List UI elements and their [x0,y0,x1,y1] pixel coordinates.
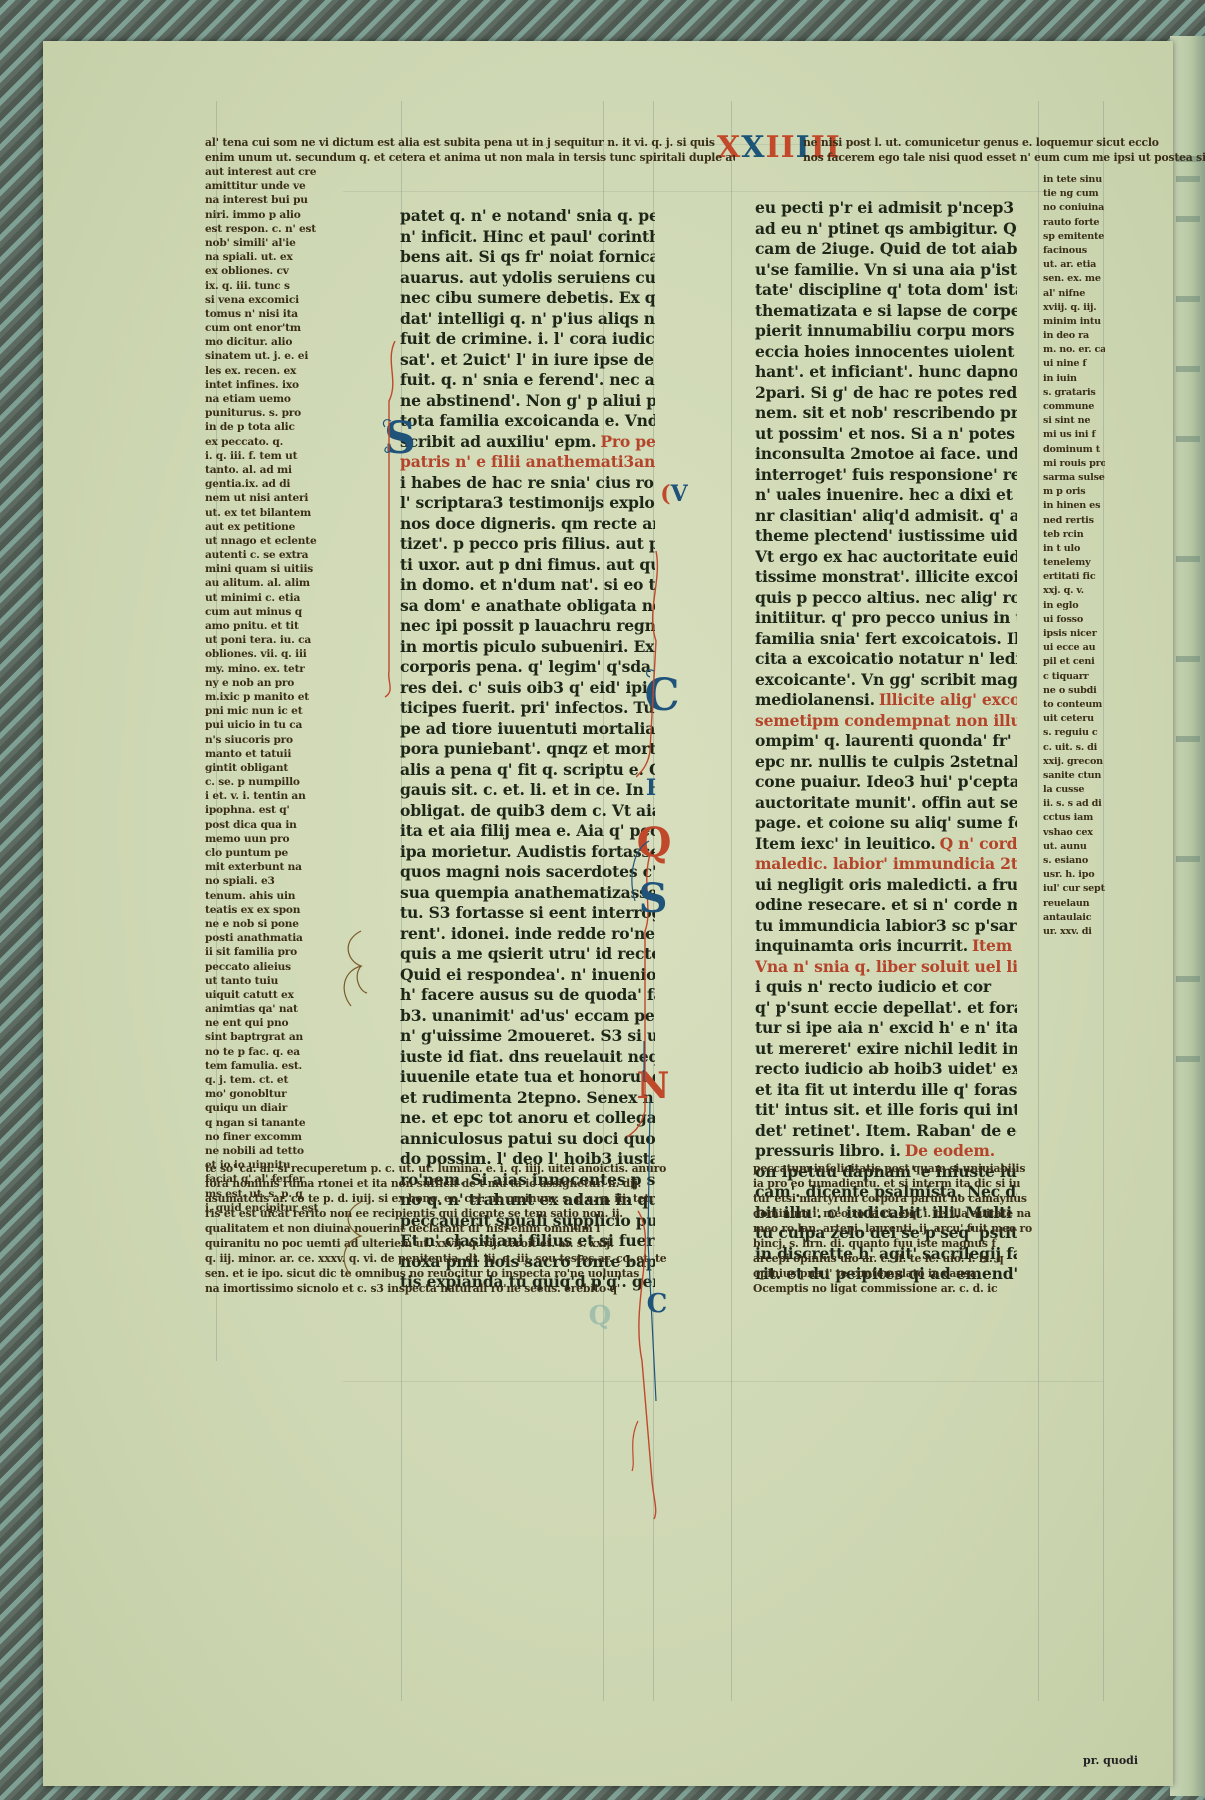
main-text-line: ompim' q. laurenti quonda' fr' e co [755,731,1017,752]
text-line: mo dicitur. alio [205,335,351,349]
text-span: sa dom' e anathate obligata noscat'. [400,596,655,615]
text-line: memo uun pro [205,832,351,846]
main-text-line: theme plectend' iustissime uideatur. [755,526,1017,547]
main-text-line: excoicante'. Vn gg' scribit magno e [755,670,1017,691]
text-line: antaulaic [1043,911,1105,925]
text-line: amittitur unde ve [205,179,351,193]
main-text-line: et ita fit ut interdu ille q' foras mit [755,1080,1017,1101]
penwork-flourish-1 [331,921,371,1021]
text-line: n's siucoris pro [205,733,351,747]
text-span: cam de 2iuge. Quid de tot aiab3 uni [755,239,1017,258]
text-line: s. grataris [1043,386,1105,400]
text-span: q' p'sunt eccie depellat'. et foras mitt… [755,998,1017,1017]
text-line: fora nominis ruma rtonei et ita non suff… [205,1176,675,1191]
text-line: mi us ini f [1043,428,1105,442]
text-span: in mortis piculo subueniri. Ex n'r fuit [400,637,655,656]
main-text-line: Vna n' snia q. liber soluit uel ligat. [755,957,1017,978]
text-line: my. mino. ex. tetr [205,662,351,676]
gloss-line: nos facerem ego tale nisi quod esset n' … [803,150,1205,165]
main-text-line: tu. S3 fortasse si eent interrogati rept… [400,903,655,924]
text-span: tizet'. p pecco pris filius. aut p mari [400,534,655,553]
text-line: no coniuina [1043,201,1105,215]
text-span: 2pari. Si g' de hac re potes redde ro [755,383,1017,402]
main-text-line: det' retinet'. Item. Raban' de eccastici… [755,1121,1017,1142]
text-span: nec ipi possit p lauachru regnati' [400,616,655,635]
gloss-line: ne nisi post l. ut. comunicetur genus e.… [803,135,1205,150]
main-text-line: bens ait. Si qs fr' noiat fornicator aut [400,247,655,268]
text-span: alis a pena q' fit q. scriptu e. Que h [400,760,655,779]
text-span: h' facere ausus su de quoda' facinori [400,985,655,1004]
text-span: sua quempia anathematizasse pecca [400,883,655,902]
text-line: xxij. grecon [1043,755,1105,769]
main-text-line: tit' intus sit. et ille foris qui intr' … [755,1100,1017,1121]
text-span: theme plectend' iustissime uideatur. [755,526,1017,545]
text-span: ne abstinend'. Non g' p aliui pecco [400,391,655,410]
text-span: u'se familie. Vn si una aia p'ista seru [755,260,1017,279]
text-line: posti anathmatia [205,931,351,945]
text-line: amo pnitu. et tit [205,619,351,633]
text-line: nob' simili' al'ie [205,236,351,250]
text-span: corporis pena. q' legim' q'sda 2tepto [400,657,655,676]
text-line: intet infines. ixo [205,378,351,392]
text-span: initiitur. q' pro pecco unius in tota [755,608,1017,627]
text-line: na etiam uemo [205,392,351,406]
rubric-span: Q n' corde 2ore [940,834,1017,853]
text-line: q. j. tem. ct. et [205,1073,351,1087]
right-gloss-column: in tete sinutie ng cumno coniuinarauto f… [1043,173,1105,939]
text-line: in tete sinu [1043,173,1105,187]
main-text-column-right: eu pecti p'r ei admisit p'ncep3 ei n' fu… [755,198,1017,1285]
main-text-line: n' inficit. Hinc et paul' corinthijs scr… [400,227,655,248]
text-line: al' nifne [1043,287,1105,301]
main-text-line: nec cibu sumere debetis. Ex quibus ubis [400,288,655,309]
main-text-line: recto iudicio ab hoib3 uidet' expulsi. [755,1059,1017,1080]
text-line: aut interest aut cre [205,165,351,179]
text-span: ad eu n' ptinet qs ambigitur. Quid di [755,219,1017,238]
text-line: pui uicio in tu ca [205,718,351,732]
text-line: iul' cur sept [1043,882,1105,896]
text-span: res dei. c' suis oib3 q' eid' ipieciaus … [400,678,655,697]
text-span: quis p pecco altius. nec alig' ro'ne [755,588,1017,607]
rubric-span: Item [972,936,1012,955]
main-text-line: cone puaiur. Ideo3 hui' p'cepta nri [755,772,1017,793]
main-text-line: n' uales inuenire. hec a dixi et si fili [755,485,1017,506]
text-line: ned rertis [1043,514,1105,528]
main-text-line: sat'. et 2uict' l' in iure ipse de se 2f… [400,350,655,371]
text-line: ut. aunu [1043,840,1105,854]
top-gloss-left: al' tena cui som ne vi dictum est alia e… [205,135,735,165]
text-line: m p oris [1043,485,1105,499]
text-span: anniculosus patui su doci quomo [400,1129,655,1148]
main-text-line: dat' intelligi q. n' p'ius aliqs noiat [400,309,655,330]
text-span: eccia hoies innocentes uiolent abstra [755,342,1017,361]
text-line: ny e nob an pro [205,676,351,690]
text-span: inquinamta oris incurrit. [755,936,968,955]
bottom-gloss-right: peccatum infelicitatis post quam si uniu… [753,1161,1123,1296]
text-span: cita a excoicatio notatur n' ledit. sed [755,649,1017,668]
main-text-line: obligat. de quib3 dem c. Vt aia patris [400,801,655,822]
text-span: nos doce digneris. qm recte anatha [400,514,655,533]
text-line: ut minimi c. etia [205,591,351,605]
text-line: cum aut minus q [205,605,351,619]
text-span: Vt ergo ex hac auctoritate euide [755,547,1017,566]
text-line: in de p tota alic [205,420,351,434]
main-text-line: inquinamta oris incurrit.Item [755,936,1017,957]
main-text-line: patet q. n' e notand' snia q. pecti macl… [400,206,655,227]
main-text-line: cita a excoicatio notatur n' ledit. sed [755,649,1017,670]
main-text-line: fuit. q. n' snia e ferend'. nec ab ei ci… [400,370,655,391]
main-text-line: sua quempia anathematizasse pecca [400,883,655,904]
manuscript-leaf: XXIIIII al' tena cui som ne vi dictum es… [43,41,1173,1786]
text-span: l' scriptara3 testimonijs explorata' m [400,493,655,512]
text-span: ticipes fuerit. pri' infectos. Tunc quip [400,698,655,717]
main-text-line: q' p'sunt eccie depellat'. et foras mitt… [755,998,1017,1019]
text-span: nec cibu sumere debetis. Ex quibus ubis [400,288,655,307]
text-line: dominum t [1043,443,1105,457]
text-line: no te p fac. q. ea [205,1045,351,1059]
main-text-line: pressuris libro. i.De eodem. [755,1141,1017,1162]
text-span: b3. unanimit' ad'us' eccam petitus. [400,1006,655,1025]
main-text-line: cam de 2iuge. Quid de tot aiab3 uni [755,239,1017,260]
rubric-span: patris n' e filii anathemati3andus. [400,452,655,471]
text-line: peccato alieius [205,960,351,974]
text-span: bens ait. Si qs fr' noiat fornicator aut [400,247,655,266]
text-line: les ex. recen. ex [205,364,351,378]
text-line: na interest bui pu [205,193,351,207]
initial-s-blue-2: S [642,876,664,920]
text-line: ut. ex tet bilantem [205,506,351,520]
text-span: mediolanensi. [755,690,875,709]
text-span: familia snia' fert excoicatois. Illi [755,629,1017,648]
pen-flourish-left [381,341,403,701]
text-line: bincj. s. hrn. di. quanto fuu iste magnu… [753,1236,1123,1251]
text-line: ne ent qui pno [205,1016,351,1030]
text-line: ex peccato. q. [205,435,351,449]
text-line: tenelemy [1043,556,1105,570]
text-line: est respon. c. n' est [205,222,351,236]
text-span: tu immundicia labior3 sc p'sare uidi. [755,916,1017,935]
text-span: hant'. et inficiant'. hunc dapno n' p [755,362,1017,381]
main-text-line: thematizata e si lapse de corpe excedo [755,301,1017,322]
text-span: recto iudicio ab hoib3 uidet' expulsi. [755,1059,1017,1078]
text-span: tur si ipe aia n' excid h' e n' ita egit [755,1018,1017,1037]
main-text-line: pierit innumabiliu corpu mors si de [755,321,1017,342]
text-line: aut ex petitione [205,520,351,534]
text-line: na spiali. ut. ex [205,250,351,264]
text-line: c tiquarr [1043,670,1105,684]
text-line: pni mic nun ic et [205,704,351,718]
text-line: tur etsi martyrum corpora paruit no cama… [753,1191,1123,1206]
text-line: asumatctis ar. co te p. d. iuij. si ex b… [205,1191,675,1206]
main-text-line: tur si ipe aia n' excid h' e n' ita egit [755,1018,1017,1039]
text-line: ui ecce au [1043,641,1105,655]
text-line: mit exterbunt na [205,860,351,874]
main-text-line: nec ipi possit p lauachru regnati' [400,616,655,637]
text-line: xviij. q. iij. [1043,301,1105,315]
text-line: teb rcin [1043,528,1105,542]
text-span: Item iexc' in leuitico. [755,834,936,853]
text-span: rent'. idonei. inde redde ro'ne. Ego a s… [400,924,655,943]
main-text-line: ipa morietur. Audistis fortasse ali [400,842,655,863]
main-text-line: rent'. idonei. inde redde ro'ne. Ego a s… [400,924,655,945]
main-text-line: ui negligit oris maledicti. a fructu [755,875,1017,896]
text-span: pe ad tiore iuuentuti mortalia cor [400,719,655,738]
text-line: manto et tatuii [205,747,351,761]
text-line: ris et est uicat rerito non ee recipient… [205,1206,675,1221]
main-text-line: pora puniebant'. qnqz et mortua. Spu [400,739,655,760]
rubric-span: Pro peccato [600,432,655,451]
text-span: ti uxor. aut p dni fimus. aut quisq3 [400,555,655,574]
text-line: mi rouis pro [1043,457,1105,471]
text-span: tissime monstrat'. illicite excoicat' [755,567,1017,586]
text-line: ix. q. iii. tunc s [205,279,351,293]
text-span: i habes de hac re snia' cius ro'nib3 [400,473,655,492]
text-span: Quid ei respondea'. n' inuenio. nuqm [400,965,655,984]
text-line: clo puntum pe [205,846,351,860]
text-line: uit ceteru [1043,712,1105,726]
text-line: sp emitente [1043,230,1105,244]
main-text-line: pe ad tiore iuuentuti mortalia cor [400,719,655,740]
text-line: reuelaun [1043,897,1105,911]
text-span: fuit de crimine. i. l' cora iudice accu [400,329,655,348]
text-span: page. et coione su aliq' sume formidic. [755,813,1017,832]
text-line: sinatem ut. j. e. ei [205,349,351,363]
main-text-line: auarus. aut ydolis seruiens cu huiuimi [400,268,655,289]
text-line: ne e nob si pone [205,917,351,931]
initial-c-blue-bottom: C [643,1290,671,1318]
text-line: teatis ex ex spon [205,903,351,917]
main-text-line: page. et coione su aliq' sume formidic. [755,813,1017,834]
text-span: et ita fit ut interdu ille q' foras mit [755,1080,1017,1099]
main-text-line: 2pari. Si g' de hac re potes redde ro [755,383,1017,404]
text-line: uiquit catutt ex [205,988,351,1002]
text-line: ipophna. est q' [205,803,351,817]
main-text-line: Vt ergo ex hac auctoritate euide [755,547,1017,568]
catchword: pr. quodi [1083,1754,1138,1767]
text-line: post dica qua in [205,818,351,832]
main-text-line: epc nr. nullis te culpis 2stetnab3 [755,752,1017,773]
main-text-line: iuuenile etate tua et honorui cessisti [400,1067,655,1088]
text-line: te so' ca. ai. si recuperetum p. c. ut. … [205,1161,675,1176]
text-span: obligat. de quib3 dem c. Vt aia patris [400,801,655,820]
text-line: xxj. q. v. [1043,584,1105,598]
rubric-span: Illicite alig' excoicans [879,690,1017,709]
text-line: si vena excomici [205,293,351,307]
text-line: c. se. p numpillo [205,775,351,789]
text-span: n' inficit. Hinc et paul' corinthijs scr… [400,227,655,246]
penwork-flourish-2 [331,1196,371,1286]
main-text-line: et rudimenta 2tepno. Senex n' a iuue [400,1088,655,1109]
text-line: cctus iam [1043,811,1105,825]
text-line: dominum i' meo ro la ri. eiq. i. te illa… [753,1206,1123,1221]
text-line: ur. xxv. di [1043,925,1105,939]
text-span: det' retinet'. Item. Raban' de eccastici… [755,1121,1017,1140]
text-line: obliones. vii. q. iii [205,647,351,661]
text-line: gintit obligant [205,761,351,775]
text-span: sat'. et 2uict' l' in iure ipse de se 2f… [400,350,655,369]
text-line: si sint ne [1043,414,1105,428]
initial-i-blue: I [640,776,662,800]
main-text-line: sa dom' e anathate obligata noscat'. [400,596,655,617]
main-text-line: odine resecare. et si n' corde maledicat… [755,895,1017,916]
text-line: au alitum. al. alim [205,576,351,590]
text-line: sint baptrgrat an [205,1030,351,1044]
main-text-line: tota familia excoicanda e. Vnde aug' [400,411,655,432]
text-line: Ocemptis no ligat commissione ar. c. d. … [753,1281,1123,1296]
main-text-line: ne. et epc tot anoru et collega necdum [400,1108,655,1129]
main-text-line: fuit de crimine. i. l' cora iudice accu [400,329,655,350]
bottom-gloss-left: te so' ca. ai. si recuperetum p. c. ut. … [205,1161,675,1296]
text-line: la cusse [1043,783,1105,797]
text-span: auarus. aut ydolis seruiens cu huiuimi [400,268,655,287]
text-span: ipa morietur. Audistis fortasse ali [400,842,655,861]
text-span: eu pecti p'r ei admisit p'ncep3 ei n' fu… [755,198,1017,217]
text-span: in domo. et n'dum nat'. si eo tp'e q' un… [400,575,655,594]
main-text-line: Quid ei respondea'. n' inuenio. nuqm [400,965,655,986]
text-span: cone puaiur. Ideo3 hui' p'cepta nri [755,772,1017,791]
text-line: in t ulo [1043,542,1105,556]
text-span: thematizata e si lapse de corpe excedo [755,301,1017,320]
text-span: epc nr. nullis te culpis 2stetnab3 [755,752,1017,771]
main-text-line: iuste id fiat. dns reuelauit nequaqm [400,1047,655,1068]
text-line: i et. v. i. tentin an [205,789,351,803]
gloss-line: enim unum ut. secundum q. et cetera et a… [205,150,735,165]
text-line: c. uit. s. di [1043,741,1105,755]
text-line: ut poni tera. iu. ca [205,633,351,647]
main-text-line: maledic. labior' immundicia 2tahit. [755,854,1017,875]
main-text-line: ut mereret' exire nichil ledit in eo q. … [755,1039,1017,1060]
main-text-line: Item iexc' in leuitico.Q n' corde 2ore [755,834,1017,855]
main-text-line: semetipm condempnat non illu'. [755,711,1017,732]
text-line: animtias qa' nat [205,1002,351,1016]
text-span: iuste id fiat. dns reuelauit nequaqm [400,1047,655,1066]
text-span: pora puniebant'. qnqz et mortua. Spu [400,739,655,758]
top-gloss-right: ne nisi post l. ut. comunicetur genus e.… [803,135,1205,165]
text-span: et rudimenta 2tepno. Senex n' a iuue [400,1088,655,1107]
text-line: quiqu un diair [205,1101,351,1115]
text-span: n' uales inuenire. hec a dixi et si fili [755,485,1017,504]
main-text-line: tissime monstrat'. illicite excoicat' [755,567,1017,588]
text-line: arcepi opinius uio ar. c. ff. te ie. uio… [753,1251,1123,1266]
text-line: sanite ctun [1043,769,1105,783]
text-span: excoicante'. Vn gg' scribit magno e [755,670,1017,689]
text-line: ui fosso [1043,613,1105,627]
text-span: tit' intus sit. et ille foris qui intr' … [755,1100,1017,1119]
main-text-line: b3. unanimit' ad'us' eccam petitus. [400,1006,655,1027]
main-text-line: nos doce digneris. qm recte anatha [400,514,655,535]
main-text-line: tu immundicia labior3 sc p'sare uidi. [755,916,1017,937]
text-line: sarma sulses [1043,471,1105,485]
text-line: pil et ceni [1043,655,1105,669]
text-line: facinous [1043,244,1105,258]
text-span: inconsulta 2motoe ai face. unde si [755,444,1017,463]
text-line: qualitatem et non diuina nouerint declar… [205,1221,675,1236]
text-line: no spiali. e3 [205,874,351,888]
text-line: ut. ar. etia [1043,258,1105,272]
text-span: odine resecare. et si n' corde maledicat… [755,895,1017,914]
text-line: in eglo [1043,599,1105,613]
text-span: gauis sit. c. et. li. et in ce. In celo … [400,780,655,799]
text-line: in deo ra [1043,329,1105,343]
main-text-line: res dei. c' suis oib3 q' eid' ipieciaus … [400,678,655,699]
text-line: ne o subdi [1043,684,1105,698]
text-span: pierit innumabiliu corpu mors si de [755,321,1017,340]
text-span: patet q. n' e notand' snia q. pecti macl… [400,206,655,225]
text-line: usr. h. ipo [1043,868,1105,882]
main-text-line: i quis n' recto iudicio et cor [755,977,1017,998]
text-line: ui nine f [1043,357,1105,371]
text-span: nr clasitian' aliq'd admisit. q' ana [755,506,1017,525]
text-line: i. q. iii. f. tem ut [205,449,351,463]
pen-flourish-right-3 [628,1041,668,1521]
text-line: quiranitu no poc uemti ad ulteriem ut. x… [205,1236,675,1251]
main-text-line: nr clasitian' aliq'd admisit. q' ana [755,506,1017,527]
pen-flourish-right-1 [636,551,666,781]
main-text-line: interroget' fuis responsione' reddam [755,465,1017,486]
main-text-line: auctoritate munit'. offin aut secur' [755,793,1017,814]
text-span: ui negligit oris maledicti. a fructu [755,875,1017,894]
main-text-line: h' facere ausus su de quoda' facinori [400,985,655,1006]
text-line: ii. s. s ad di [1043,797,1105,811]
main-text-line: anniculosus patui su doci quomo [400,1129,655,1150]
main-text-line: i habes de hac re snia' cius ro'nib3 [400,473,655,494]
text-line: m. no. er. ca [1043,343,1105,357]
text-span: tota familia excoicanda e. Vnde aug' [400,411,655,430]
text-span: fuit. q. n' snia e ferend'. nec ab ei ci… [400,370,655,389]
text-line: q. iij. minor. ar. ce. xxxv. q. vi. de p… [205,1251,675,1266]
main-text-line: tate' discipline q' tota dom' ista ana [755,280,1017,301]
main-text-line: in mortis piculo subueniri. Ex n'r fuit [400,637,655,658]
text-line: ipsis nicer [1043,627,1105,641]
rubric-span: Vna n' snia q. liber soluit uel ligat. [755,957,1017,976]
text-line: tie ng cum [1043,187,1105,201]
text-line: vshao cex [1043,826,1105,840]
text-span: auctoritate munit'. offin aut secur' [755,793,1017,812]
text-line: autenti c. se extra [205,548,351,562]
main-text-line: quos magni nois sacerdotes c' domo [400,862,655,883]
text-line: niri. immo p alio [205,208,351,222]
text-line: ut nnago et eclente [205,534,351,548]
text-line: na imortissimo sicnolo et c. s3 inspecta… [205,1281,675,1296]
main-text-line: tizet'. p pecco pris filius. aut p mari [400,534,655,555]
text-span: dat' intelligi q. n' p'ius aliqs noiat [400,309,655,328]
text-span: n' g'uissime 2moueret. S3 si ubi qm [400,1026,655,1045]
text-line: in hinen es [1043,499,1105,513]
main-text-line: quis a me qsierit utru' id recte fiat. [400,944,655,965]
main-text-line: eccia hoies innocentes uiolent abstra [755,342,1017,363]
text-line: nem ut nisi anteri [205,491,351,505]
text-line: to conteum [1043,698,1105,712]
text-span: tu. S3 fortasse si eent interrogati rept… [400,903,655,922]
main-text-line: familia snia' fert excoicatois. Illi [755,629,1017,650]
text-line: peccatum infelicitatis post quam si uniu… [753,1161,1123,1176]
main-text-line: mediolanensi.Illicite alig' excoicans [755,690,1017,711]
text-line: puniturus. s. pro [205,406,351,420]
main-text-line: l' scriptara3 testimonijs explorata' m [400,493,655,514]
rubric-span: semetipm condempnat non illu'. [755,711,1017,730]
text-line: tanto. al. ad mi [205,463,351,477]
text-line: sen. et ie ipo. sicut dic te omnibus no … [205,1266,675,1281]
main-text-line: alis a pena q' fit q. scriptu e. Que h [400,760,655,781]
main-text-line: ne abstinend'. Non g' p aliui pecco [400,391,655,412]
main-text-line: u'se familie. Vn si una aia p'ista seru [755,260,1017,281]
text-line: s. esiano [1043,854,1105,868]
text-span: iuuenile etate tua et honorui cessisti [400,1067,655,1086]
text-span: quis a me qsierit utru' id recte fiat. [400,944,655,963]
main-text-line: ita et aia filij mea e. Aia q' peccauit [400,821,655,842]
text-line: tomus n' nisi ita [205,307,351,321]
text-line: no finer excomm [205,1130,351,1144]
